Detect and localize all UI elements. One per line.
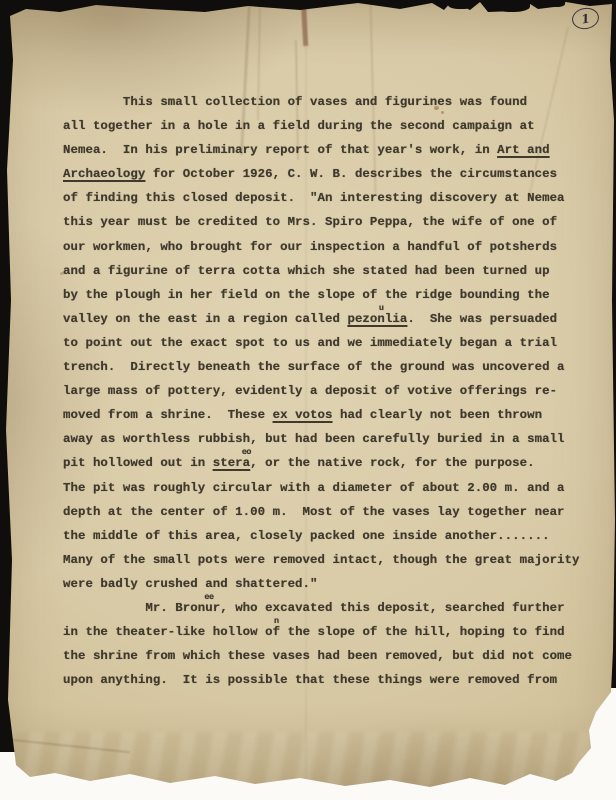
text-line: large mass of pottery, evidently a depos… bbox=[63, 379, 580, 403]
text-line: our workmen, who brought for our inspect… bbox=[63, 235, 580, 259]
text-line: this year must be credited to Mrs. Spiro… bbox=[63, 210, 580, 234]
text-line: by the plough in her field on the slope … bbox=[63, 283, 580, 307]
text-line: This small collection of vases and figur… bbox=[63, 90, 580, 114]
text-line: moved from a shrine. These ex votos had … bbox=[63, 403, 580, 427]
page-number: 1 bbox=[580, 11, 591, 26]
text-line: Many of the small pots were removed inta… bbox=[63, 548, 580, 572]
torn-edge bbox=[494, 0, 530, 12]
text-line: Nemea. In his preliminary report of that… bbox=[63, 138, 580, 162]
text-line: The pit was roughly circular with a diam… bbox=[63, 476, 580, 500]
text-line: were badly crushed and shattered." bbox=[63, 572, 580, 596]
text-line: in the theater-like hollow ofn the slope… bbox=[63, 620, 580, 644]
text-line: and a figurine of terra cotta which she … bbox=[63, 259, 580, 283]
document-page: 1 This small collection of vases and fig… bbox=[0, 0, 616, 800]
typed-correction: eo bbox=[242, 448, 251, 457]
text-line: upon anything. It is possible that these… bbox=[63, 668, 580, 692]
torn-edge bbox=[547, 0, 565, 7]
text-line: Mr. Bronueer, who excavated this deposit… bbox=[63, 596, 580, 620]
typed-correction: u bbox=[379, 304, 384, 313]
text-line: of finding this closed deposit. "An inte… bbox=[63, 186, 580, 210]
typed-text-block: This small collection of vases and figur… bbox=[63, 90, 580, 692]
page-number-badge: 1 bbox=[570, 6, 600, 31]
text-line: pit hollowed out in steraeo, or the nati… bbox=[63, 451, 580, 475]
scanned-document: 1 This small collection of vases and fig… bbox=[0, 0, 616, 800]
text-line: all together in a hole in a field during… bbox=[63, 114, 580, 138]
text-line: trench. Directly beneath the surface of … bbox=[63, 355, 580, 379]
text-line: Archaeology for October 1926, C. W. B. d… bbox=[63, 162, 580, 186]
text-line: depth at the center of 1.00 m. Most of t… bbox=[63, 500, 580, 524]
text-line: the middle of this area, closely packed … bbox=[63, 524, 580, 548]
torn-edge bbox=[448, 0, 474, 9]
text-line: away as worthless rubbish, but had been … bbox=[63, 427, 580, 451]
text-line: to point out the exact spot to us and we… bbox=[63, 331, 580, 355]
text-line: the shrine from which these vases had be… bbox=[63, 644, 580, 668]
text-line: valley on the east in a region called pe… bbox=[63, 307, 580, 331]
typed-correction: n bbox=[274, 617, 279, 626]
typed-correction: ee bbox=[204, 593, 213, 602]
